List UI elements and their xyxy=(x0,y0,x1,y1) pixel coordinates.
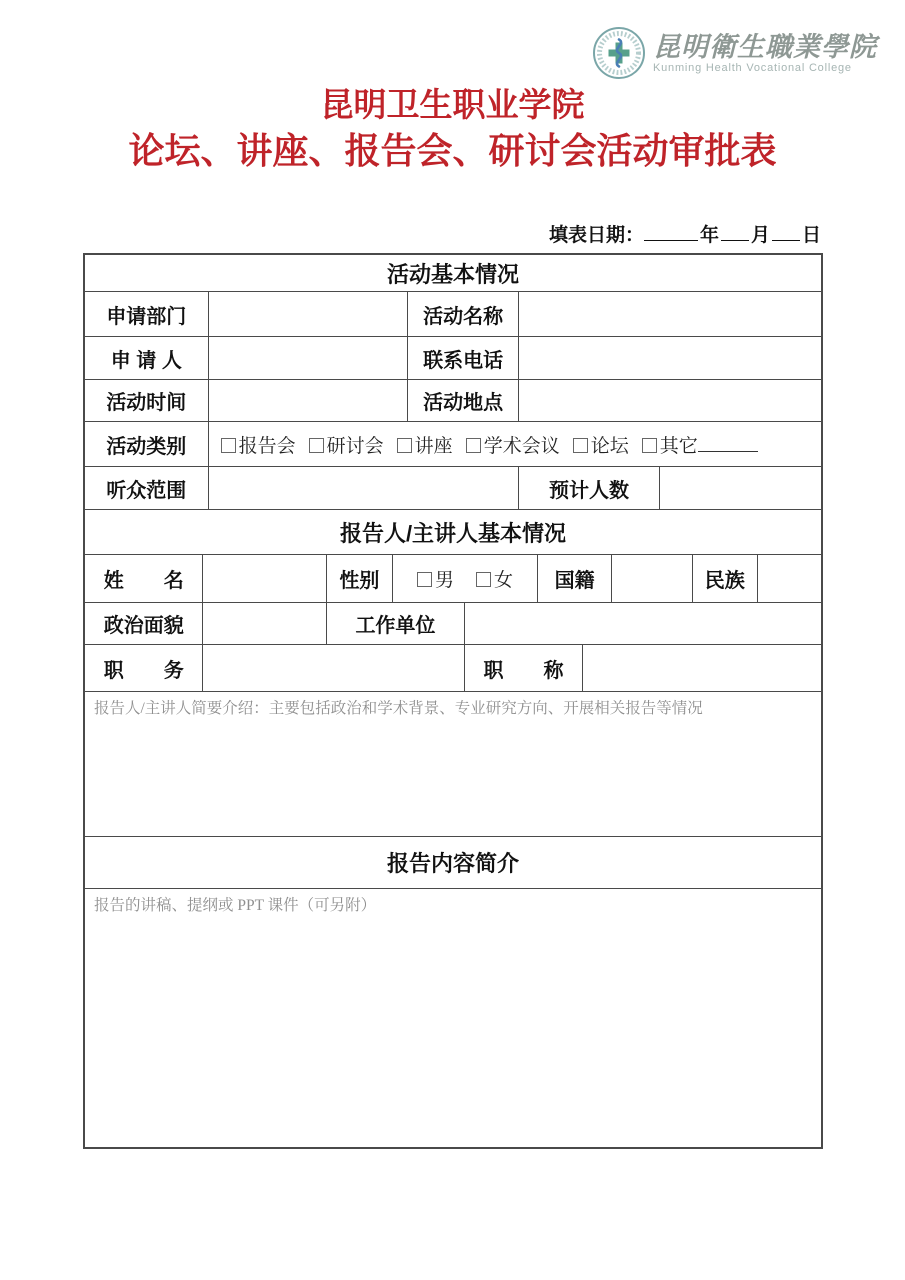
school-seal-icon xyxy=(592,26,646,80)
row-political-workunit: 政治面貌 工作单位 xyxy=(85,603,821,645)
category-other-blank[interactable] xyxy=(698,432,758,452)
date-month-unit: 月 xyxy=(751,225,770,246)
gender-options: 男 女 xyxy=(393,555,539,602)
label-prof-title: 职 称 xyxy=(465,645,583,691)
label-audience: 听众范围 xyxy=(85,467,209,509)
checkbox-icon[interactable] xyxy=(309,438,324,453)
input-activity-time[interactable] xyxy=(209,380,408,421)
label-ethnicity: 民族 xyxy=(693,555,758,602)
label-activity-place: 活动地点 xyxy=(408,380,519,421)
school-logo: 昆明衛生職業學院 Kunming Health Vocational Colle… xyxy=(592,26,877,80)
category-options: 报告会 研讨会 讲座 学术会议 论坛 其它 xyxy=(209,422,821,466)
school-name-block: 昆明衛生職業學院 Kunming Health Vocational Colle… xyxy=(653,32,877,75)
checkbox-icon[interactable] xyxy=(573,438,588,453)
section-speaker-row: 报告人/主讲人基本情况 xyxy=(85,510,821,555)
row-position-title: 职 务 职 称 xyxy=(85,645,821,692)
input-audience[interactable] xyxy=(209,467,520,509)
checkbox-icon[interactable] xyxy=(417,572,432,587)
date-year-unit: 年 xyxy=(700,225,719,246)
row-dept-name: 申请部门 活动名称 xyxy=(85,292,821,337)
checkbox-icon[interactable] xyxy=(476,572,491,587)
input-activity-name[interactable] xyxy=(519,292,821,336)
school-name-zh: 昆明衛生職業學院 xyxy=(653,32,877,62)
label-nationality: 国籍 xyxy=(538,555,612,602)
section-activity-row: 活动基本情况 xyxy=(85,255,821,292)
label-activity-time: 活动时间 xyxy=(85,380,209,421)
input-speaker-name[interactable] xyxy=(203,555,327,602)
row-time-place: 活动时间 活动地点 xyxy=(85,380,821,422)
category-option-yantaohui[interactable]: 研讨会 xyxy=(309,431,384,458)
row-report-content: 报告的讲稿、提纲或 PPT 课件（可另附） xyxy=(85,889,821,1147)
label-apply-dept: 申请部门 xyxy=(85,292,209,336)
date-day-unit: 日 xyxy=(802,225,821,246)
input-apply-dept[interactable] xyxy=(209,292,408,336)
report-content-area[interactable]: 报告的讲稿、提纲或 PPT 课件（可另附） xyxy=(85,889,821,1147)
checkbox-icon[interactable] xyxy=(221,438,236,453)
checkbox-icon[interactable] xyxy=(466,438,481,453)
gender-option-male[interactable]: 男 xyxy=(417,565,454,592)
input-activity-place[interactable] xyxy=(519,380,821,421)
school-name-en: Kunming Health Vocational College xyxy=(653,62,877,75)
input-phone[interactable] xyxy=(519,337,821,379)
input-position[interactable] xyxy=(203,645,464,691)
section-content-row: 报告内容简介 xyxy=(85,837,821,889)
speaker-intro-area[interactable]: 报告人/主讲人简要介绍：主要包括政治和学术背景、专业研究方向、开展相关报告等情况 xyxy=(85,692,821,836)
input-political[interactable] xyxy=(203,603,327,644)
date-day-blank[interactable] xyxy=(772,221,800,241)
label-position: 职 务 xyxy=(85,645,203,691)
label-workunit: 工作单位 xyxy=(327,603,465,644)
input-applicant[interactable] xyxy=(209,337,408,379)
category-option-xueshuhuiyi[interactable]: 学术会议 xyxy=(466,431,560,458)
row-speaker-intro: 报告人/主讲人简要介绍：主要包括政治和学术背景、专业研究方向、开展相关报告等情况 xyxy=(85,692,821,837)
section-activity-header: 活动基本情况 xyxy=(85,255,821,291)
category-option-baogaohui[interactable]: 报告会 xyxy=(221,431,296,458)
label-phone: 联系电话 xyxy=(408,337,519,379)
page-title-line1: 昆明卫生职业学院 xyxy=(0,84,905,128)
checkbox-icon[interactable] xyxy=(397,438,412,453)
label-gender: 性别 xyxy=(327,555,393,602)
approval-form-table: 活动基本情况 申请部门 活动名称 申 请 人 联系电话 活动时间 活动地点 活动… xyxy=(83,253,823,1149)
label-speaker-name: 姓 名 xyxy=(85,555,203,602)
row-applicant-phone: 申 请 人 联系电话 xyxy=(85,337,821,380)
checkbox-icon[interactable] xyxy=(642,438,657,453)
input-ethnicity[interactable] xyxy=(758,555,821,602)
date-year-blank[interactable] xyxy=(644,221,698,241)
row-name-gender: 姓 名 性别 男 女 国籍 民族 xyxy=(85,555,821,603)
label-political: 政治面貌 xyxy=(85,603,203,644)
input-headcount[interactable] xyxy=(660,467,821,509)
label-activity-name: 活动名称 xyxy=(408,292,519,336)
fill-date-label: 填表日期： xyxy=(549,225,644,246)
label-category: 活动类别 xyxy=(85,422,209,466)
category-option-jiangzuo[interactable]: 讲座 xyxy=(397,431,453,458)
label-applicant: 申 请 人 xyxy=(85,337,209,379)
form-page: 昆明衛生職業學院 Kunming Health Vocational Colle… xyxy=(0,0,905,1280)
input-nationality[interactable] xyxy=(612,555,693,602)
row-audience-headcount: 听众范围 预计人数 xyxy=(85,467,821,510)
date-month-blank[interactable] xyxy=(721,221,749,241)
fill-date-line: 填表日期：年月日 xyxy=(549,220,821,247)
document-title: 昆明卫生职业学院 论坛、讲座、报告会、研讨会活动审批表 xyxy=(0,84,905,174)
input-prof-title[interactable] xyxy=(583,645,821,691)
section-speaker-header: 报告人/主讲人基本情况 xyxy=(85,510,821,554)
category-option-other[interactable]: 其它 xyxy=(642,431,758,458)
input-workunit[interactable] xyxy=(465,603,821,644)
page-title-line2: 论坛、讲座、报告会、研讨会活动审批表 xyxy=(0,128,905,174)
row-category: 活动类别 报告会 研讨会 讲座 学术会议 论坛 其它 xyxy=(85,422,821,467)
label-headcount: 预计人数 xyxy=(519,467,660,509)
section-content-header: 报告内容简介 xyxy=(85,837,821,888)
category-option-luntan[interactable]: 论坛 xyxy=(573,431,629,458)
gender-option-female[interactable]: 女 xyxy=(476,565,513,592)
